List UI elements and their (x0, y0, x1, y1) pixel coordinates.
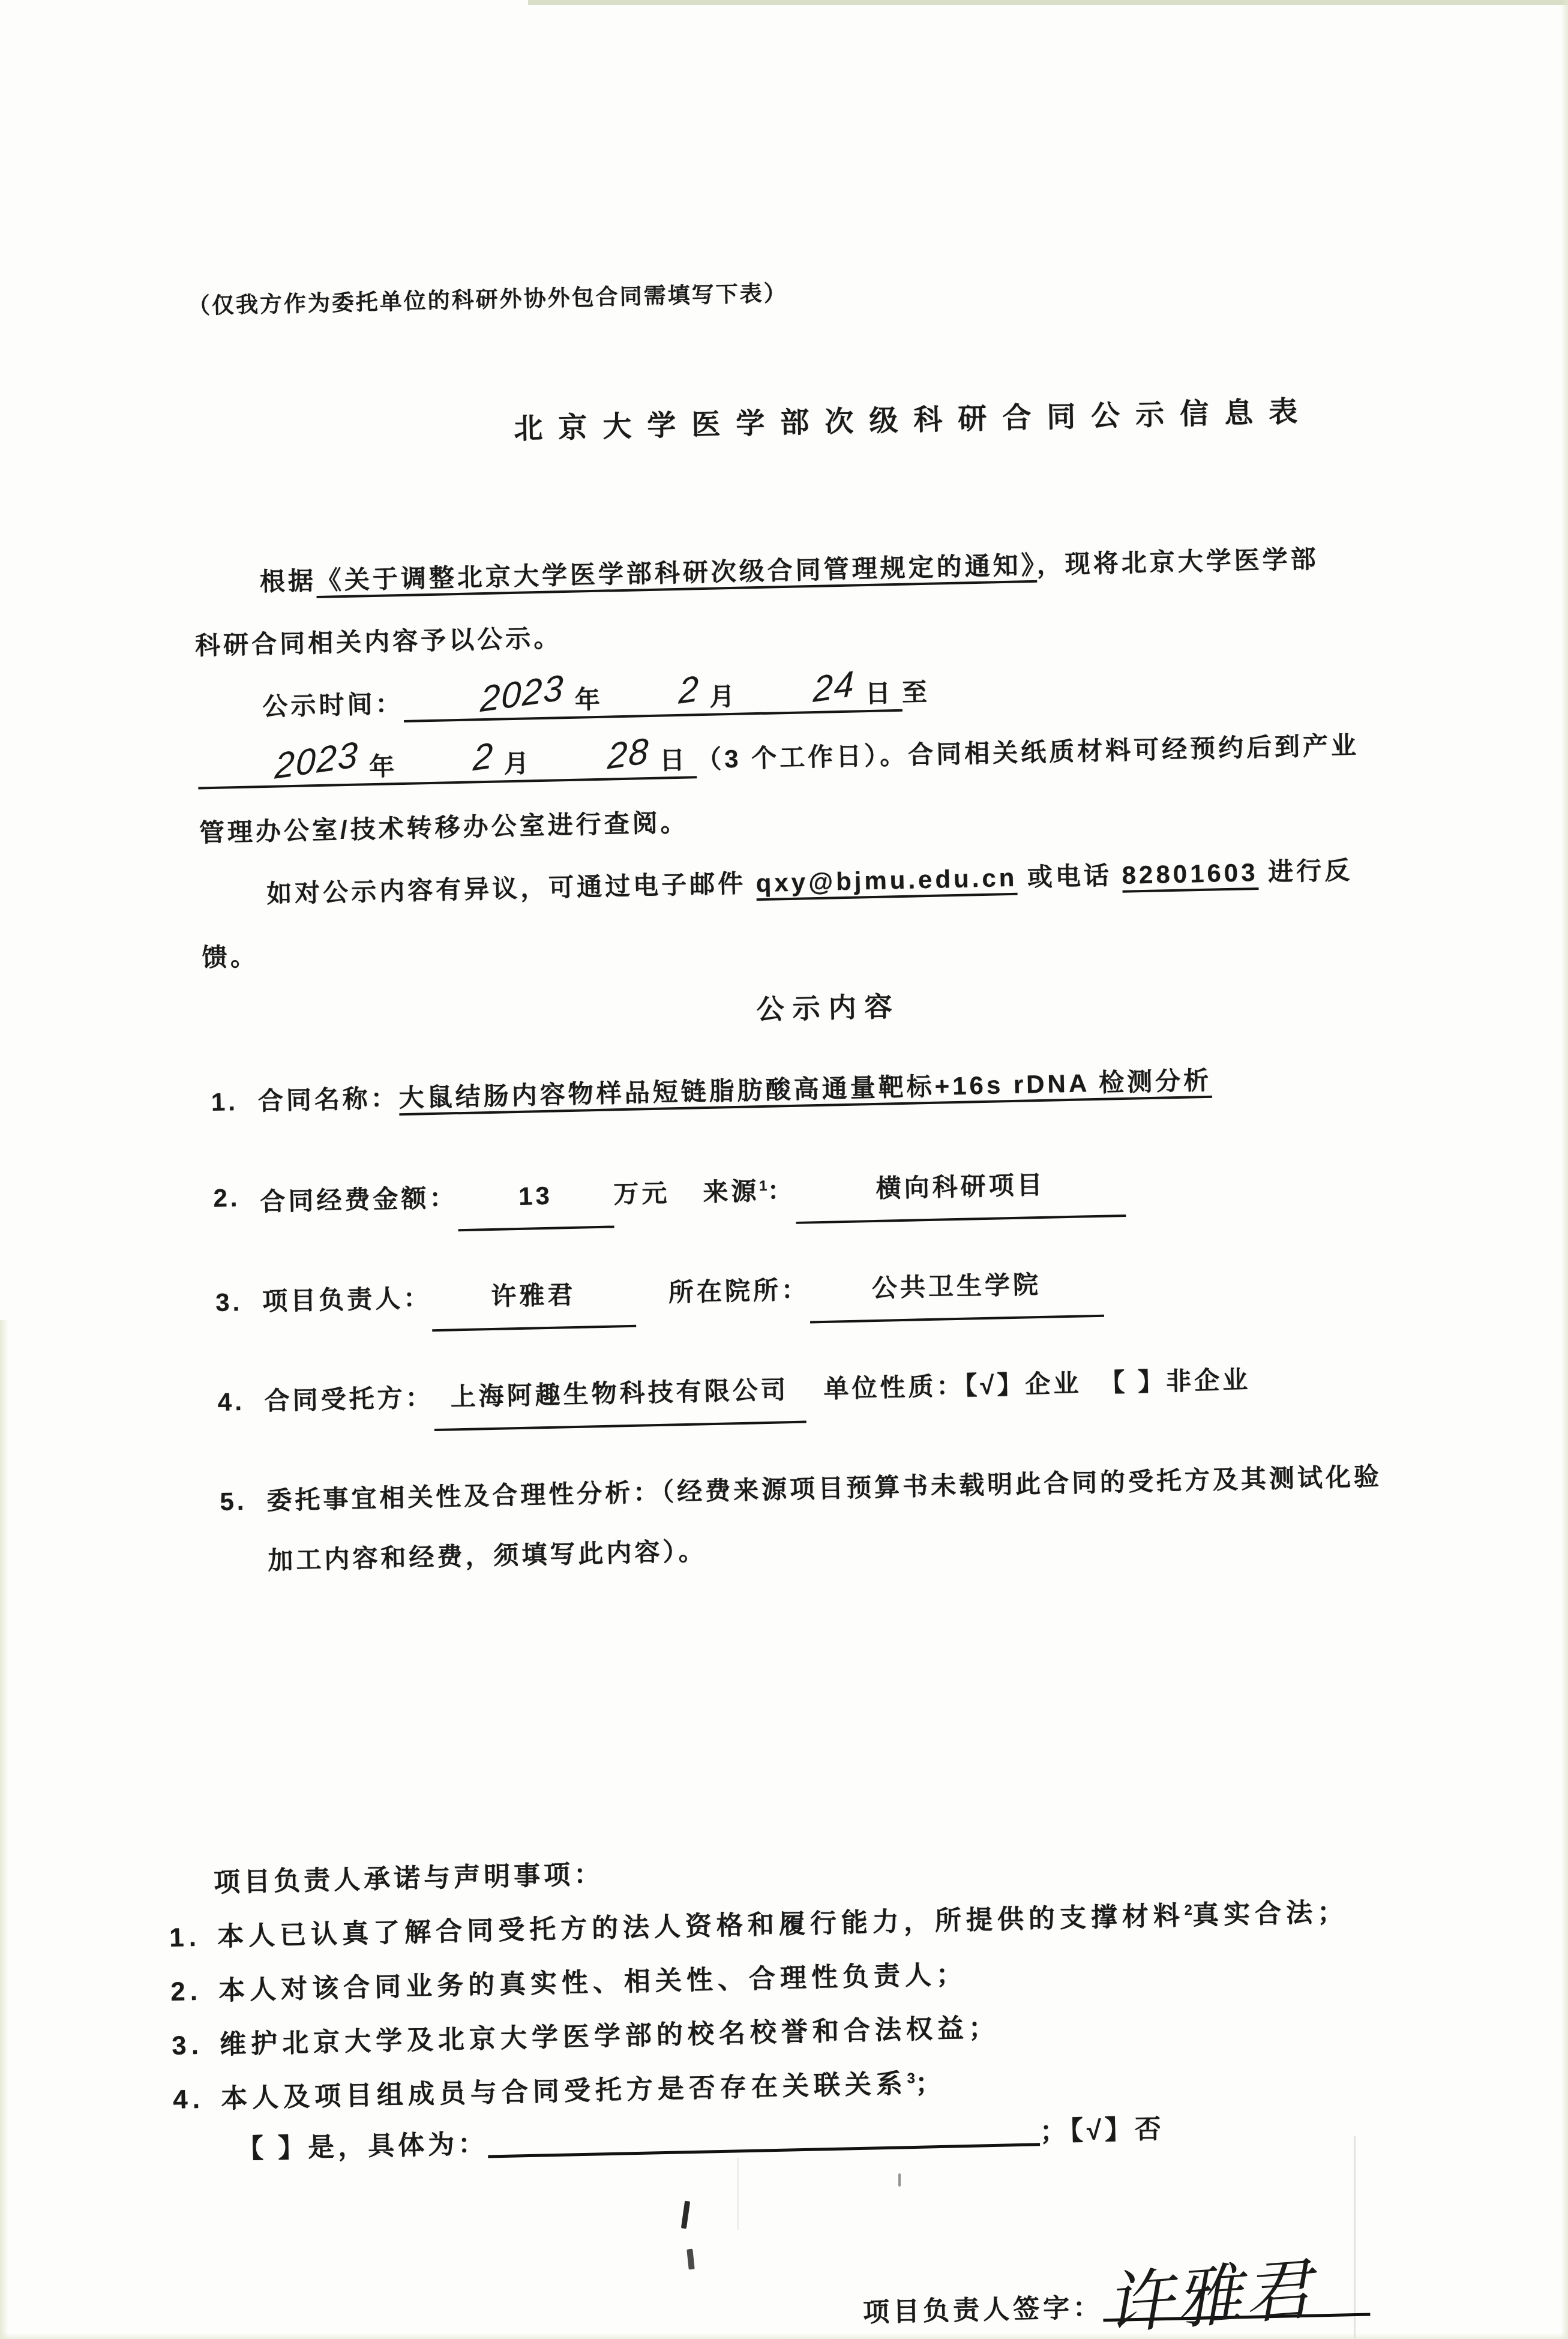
footnote-marker-3: 3 (907, 2071, 915, 2087)
relation-answer-line: 【 】是，具体为：；【√】否 (236, 2109, 1398, 2164)
year-unit: 年 (365, 752, 401, 781)
source-label: 来源 (703, 1177, 760, 1206)
publicity-period-line: 公示时间：2023年2月24日至2023年2月28日（3 个工作日）。合同相关纸… (196, 652, 1369, 864)
notice-title: 《关于调整北京大学医学部科研次级合同管理规定的通知》 (316, 551, 1037, 598)
scanner-edge-left (0, 1320, 8, 2339)
item-number: 5. (219, 1471, 247, 1531)
day-unit: 日 (656, 746, 692, 775)
date-range-to: 至 (901, 678, 930, 707)
item-number: 2. (170, 1978, 203, 2006)
nature-option-enterprise-checked: 【√】企业 (964, 1369, 1082, 1399)
nature-option-non-enterprise: 【 】非企业 (1099, 1365, 1251, 1396)
intro-lead: 根据 (259, 566, 316, 596)
publicity-period-label: 公示时间： (262, 689, 404, 721)
start-date-blank: 2023年2月24日 (403, 679, 903, 722)
signature-row: 项目负责人签字：许雅君 (862, 2281, 1402, 2328)
nature-label: 单位性质： (823, 1371, 965, 1402)
declaration-heading: 项目负责人承诺与声明事项： (214, 1843, 1393, 1897)
month-unit: 月 (706, 682, 742, 711)
declaration-text: ； (915, 2068, 947, 2098)
declaration-text: 本人对该合同业务的真实性、相关性、合理性负责人； (218, 1960, 968, 2005)
declaration-text: 真实合法； (1192, 1897, 1349, 1930)
end-date-blank: 2023年2月28日 (197, 746, 697, 790)
declaration-text: 维护北京大学及北京大学医学部的校名校誉和合法权益； (220, 2013, 1000, 2059)
relation-detail-blank (488, 2117, 1041, 2158)
month-unit: 月 (500, 749, 536, 778)
item-number: 2. (212, 1168, 241, 1228)
day-unit: 日 (861, 679, 897, 707)
pi-name: 许雅君 (431, 1263, 636, 1331)
item-number: 1. (169, 1924, 202, 1952)
handwritten-end-month: 2 (401, 755, 500, 769)
top-note: （仅我方作为委托单位的科研外协外包合同需填写下表） (188, 269, 1358, 318)
analysis-value: （经费来源项目预算书未载明此合同的受托方及其测试化验加工内容和经费，须填写此内容… (268, 1462, 1382, 1575)
handwritten-end-year: 2023 (203, 754, 365, 777)
item-contract-name: 1.合同名称：大鼠结肠内容物样品短链脂肪酸高通量靶标+16s rDNA 检测分析 (205, 1046, 1376, 1132)
declaration-text: 本人已认真了解合同受托方的法人资格和履行能力，所提供的支撑材料 (217, 1901, 1185, 1951)
relation-no-option-checked: 【√】否 (1069, 2115, 1165, 2146)
relation-separator: ； (1039, 2117, 1070, 2147)
scanner-edge-right (1561, 0, 1568, 2339)
year-unit: 年 (571, 685, 607, 714)
amount-label: 合同经费金额： (260, 1183, 458, 1216)
declaration-item-2: 2.本人对该合同业务的真实性、相关性、合理性负责人； (170, 1951, 1395, 2006)
item-number: 3. (215, 1272, 243, 1333)
contract-name-label: 合同名称： (257, 1084, 399, 1115)
item-number: 4. (217, 1372, 245, 1432)
source-value: 横向科研项目 (795, 1153, 1126, 1224)
declaration-text: 本人及项目组成员与合同受托方是否存在关联关系 (221, 2069, 908, 2113)
declaration-item-4: 4.本人及项目组成员与合同受托方是否存在关联关系3； (173, 2060, 1398, 2115)
item-number: 4. (173, 2086, 205, 2114)
scanner-edge-top (528, 0, 1568, 5)
amount-value: 13 (457, 1164, 614, 1231)
publicity-period-tail: （3 个工作日）。合同相关纸质材料可经预约后到产业管理办公室/技术转移办公室进行… (199, 731, 1360, 847)
trustee-value: 上海阿趣生物科技有限公司 (433, 1359, 807, 1431)
handwritten-start-year: 2023 (409, 687, 571, 710)
item-number: 3. (172, 2032, 204, 2060)
scanned-form-page: （仅我方作为委托单位的科研外协外包合同需填写下表） 北京大学医学部次级科研合同公… (0, 0, 1568, 2339)
feedback-pre: 如对公示内容有异议，可通过电子邮件 (266, 869, 757, 908)
feedback-phone: 82801603 (1122, 858, 1258, 893)
signature-underline: 许雅君 (1102, 2282, 1370, 2322)
relation-yes-option: 【 】是，具体为： (236, 2130, 488, 2164)
item-number: 1. (211, 1072, 239, 1132)
feedback-mid: 或电话 (1017, 861, 1122, 892)
handwritten-start-day: 24 (742, 683, 861, 700)
dept-value: 公共卫生学院 (809, 1253, 1104, 1323)
form-title: 北京大学医学部次级科研合同公示信息表 (190, 396, 1361, 452)
contract-name-value: 大鼠结肠内容物样品短链脂肪酸高通量靶标+16s rDNA 检测分析 (398, 1066, 1212, 1115)
pi-label: 项目负责人： (262, 1284, 432, 1315)
handwritten-end-day: 28 (536, 750, 655, 767)
dept-label: 所在院所： (668, 1275, 810, 1306)
amount-unit: 万元 (613, 1179, 670, 1208)
item-relevance-analysis: 5.委托事宜相关性及合理性分析：（经费来源项目预算书未载明此合同的受托方及其测试… (213, 1446, 1386, 1591)
declaration-item-1: 1.本人已认真了解合同受托方的法人资格和履行能力，所提供的支撑材料2真实合法； (169, 1897, 1394, 1952)
section-heading: 公示内容 (203, 982, 1374, 1036)
footnote-marker-1: 1 (759, 1177, 767, 1194)
item-contract-trustee: 4.合同受托方：上海阿趣生物科技有限公司单位性质：【√】企业【 】非企业 (211, 1347, 1383, 1436)
feedback-line: 如对公示内容有异议，可通过电子邮件 qxy@bjmu.edu.cn 或电话 82… (200, 839, 1372, 989)
source-colon: ： (767, 1176, 796, 1204)
analysis-label: 委托事宜相关性及合理性分析： (266, 1477, 662, 1514)
handwritten-start-month: 2 (607, 688, 706, 702)
item-project-leader: 3.项目负责人：许雅君所在院所：公共卫生学院 (209, 1247, 1380, 1336)
handwritten-signature: 许雅君 (1103, 2254, 1317, 2339)
item-contract-amount: 2.合同经费金额：13万元来源1：横向科研项目 (206, 1142, 1378, 1237)
form-content: （仅我方作为委托单位的科研外协外包合同需填写下表） 北京大学医学部次级科研合同公… (188, 269, 1402, 2339)
trustee-label: 合同受托方： (264, 1383, 434, 1415)
intro-paragraph: 根据《关于调整北京大学医学部科研次级合同管理规定的通知》，现将北京大学医学部科研… (193, 528, 1325, 677)
feedback-email: qxy@bjmu.edu.cn (755, 863, 1018, 901)
declaration-item-3: 3.维护北京大学及北京大学医学部的校名校誉和合法权益； (172, 2005, 1396, 2060)
signature-label: 项目负责人签字： (863, 2293, 1104, 2328)
footnote-marker-2: 2 (1184, 1902, 1192, 1918)
